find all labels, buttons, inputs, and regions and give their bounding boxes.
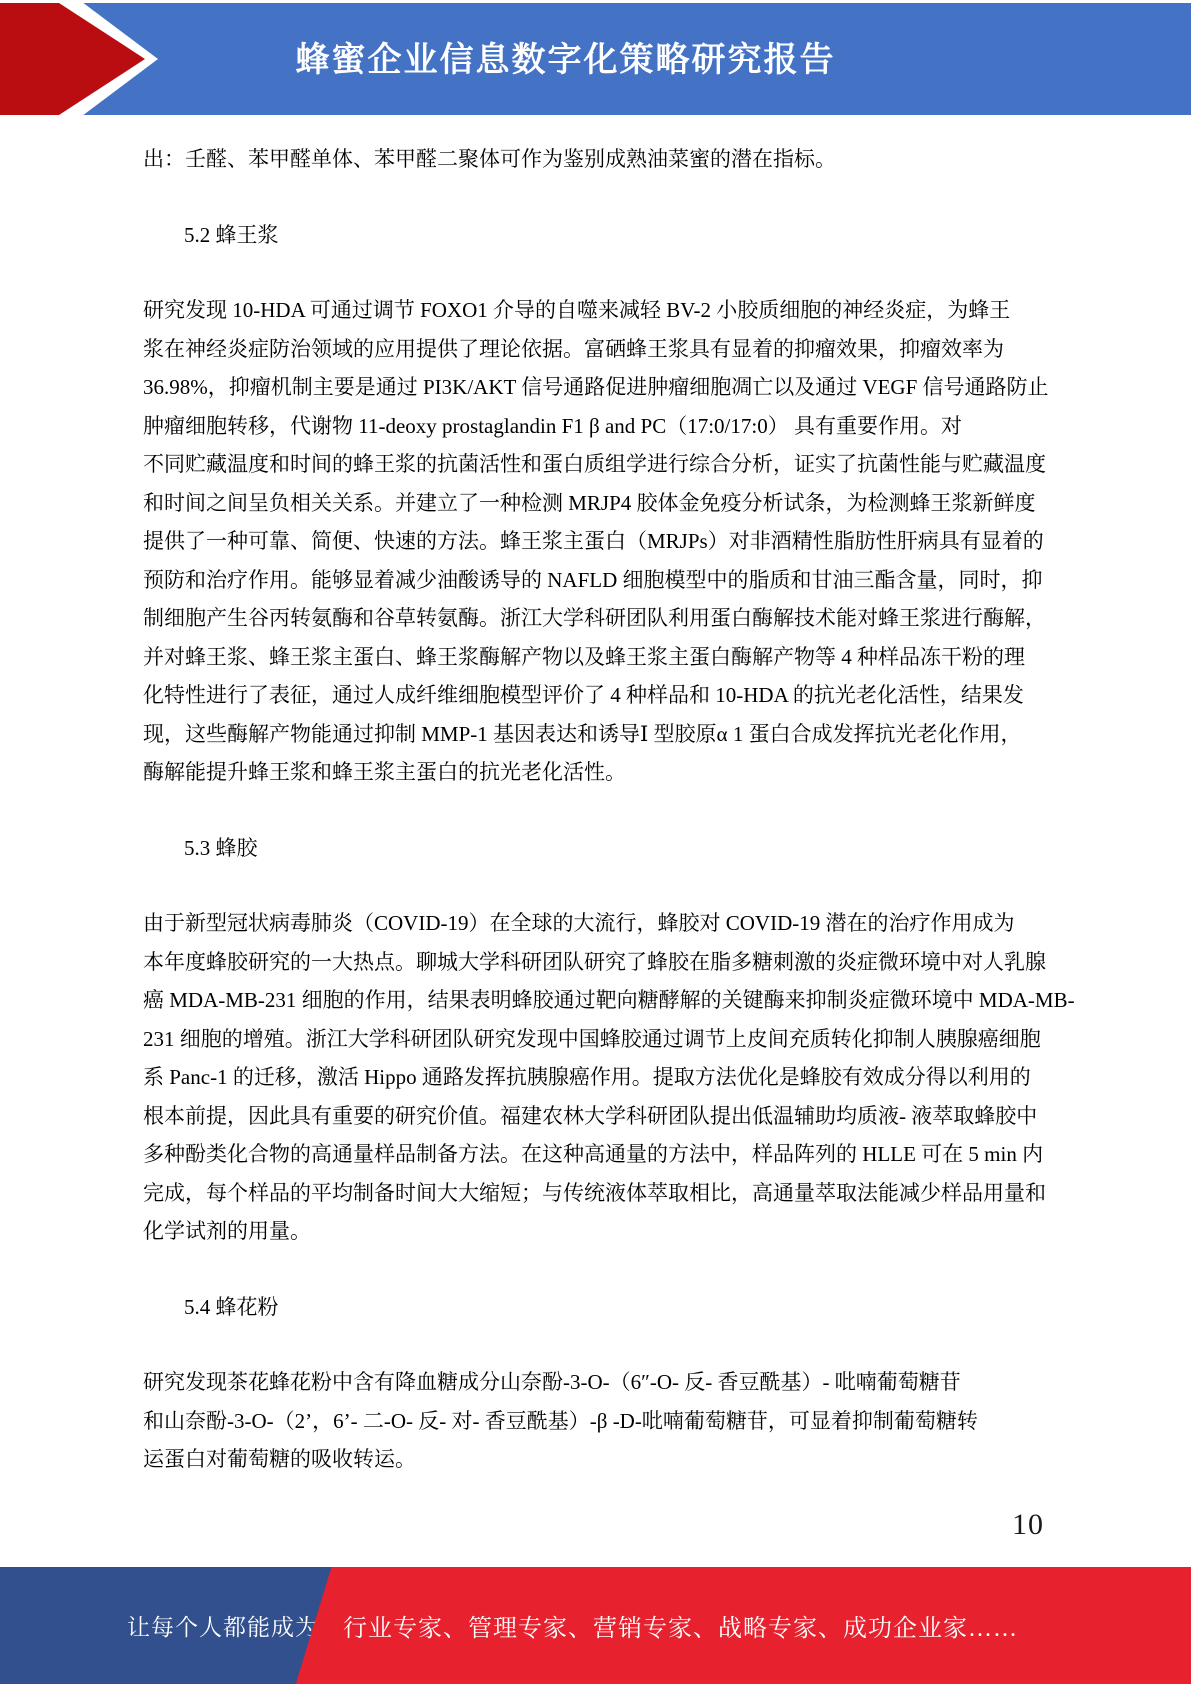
document-body: 出：壬醛、苯甲醛单体、苯甲醛二聚体可作为鉴别成熟油菜蜜的潜在指标。 5.2 蜂王… bbox=[143, 140, 1088, 1479]
section-5-3: 5.3 蜂胶 由于新型冠状病毒肺炎（COVID-19）在全球的大流行，蜂胶对 C… bbox=[143, 829, 1088, 1251]
paragraph-line: 根本前提，因此具有重要的研究价值。福建农林大学科研团队提出低温辅助均质液- 液萃… bbox=[143, 1097, 1088, 1136]
footer-blue-band: 让每个人都能成为 bbox=[0, 1567, 340, 1684]
red-arrow-icon bbox=[0, 3, 180, 115]
paragraph-line: 化学试剂的用量。 bbox=[143, 1212, 1088, 1251]
paragraph-line: 231 细胞的增殖。浙江大学科研团队研究发现中国蜂胶通过调节上皮间充质转化抑制人… bbox=[143, 1020, 1088, 1059]
paragraph-line: 制细胞产生谷丙转氨酶和谷草转氨酶。浙江大学科研团队利用蛋白酶解技术能对蜂王浆进行… bbox=[143, 599, 1088, 638]
section-5-4-paragraph: 研究发现茶花蜂花粉中含有降血糖成分山奈酚-3-O-（6″-O- 反- 香豆酰基）… bbox=[143, 1363, 1088, 1479]
report-title: 蜂蜜企业信息数字化策略研究报告 bbox=[296, 32, 836, 81]
paragraph-line: 酶解能提升蜂王浆和蜂王浆主蛋白的抗光老化活性。 bbox=[143, 753, 1088, 792]
paragraph-line: 浆在神经炎症防治领域的应用提供了理论依据。富硒蜂王浆具有显着的抑瘤效果，抑瘤效率… bbox=[143, 330, 1088, 369]
paragraph-line: 研究发现茶花蜂花粉中含有降血糖成分山奈酚-3-O-（6″-O- 反- 香豆酰基）… bbox=[143, 1363, 1088, 1402]
paragraph-line: 和时间之间呈负相关关系。并建立了一种检测 MRJP4 胶体金免疫分析试条，为检测… bbox=[143, 484, 1088, 523]
page-number: 10 bbox=[1012, 1508, 1044, 1542]
paragraph-line: 本年度蜂胶研究的一大热点。聊城大学科研团队研究了蜂胶在脂多糖刺激的炎症微环境中对… bbox=[143, 943, 1088, 982]
paragraph-line: 肿瘤细胞转移，代谢物 11-deoxy prostaglandin F1 β a… bbox=[143, 407, 1088, 446]
section-5-2-paragraph: 研究发现 10-HDA 可通过调节 FOXO1 介导的自噬来减轻 BV-2 小胶… bbox=[143, 291, 1088, 792]
paragraph-line: 和山奈酚-3-O-（2’，6’- 二-O- 反- 对- 香豆酰基）-β -D-吡… bbox=[143, 1402, 1088, 1441]
paragraph-line: 提供了一种可靠、简便、快速的方法。蜂王浆主蛋白（MRJPs）对非酒精性脂肪性肝病… bbox=[143, 522, 1088, 561]
paragraph-line: 运蛋白对葡萄糖的吸收转运。 bbox=[143, 1440, 1088, 1479]
section-5-2: 5.2 蜂王浆 研究发现 10-HDA 可通过调节 FOXO1 介导的自噬来减轻… bbox=[143, 216, 1088, 792]
intro-line: 出：壬醛、苯甲醛单体、苯甲醛二聚体可作为鉴别成熟油菜蜜的潜在指标。 bbox=[143, 140, 1088, 179]
section-5-3-heading: 5.3 蜂胶 bbox=[143, 829, 1088, 868]
report-header-banner: 蜂蜜企业信息数字化策略研究报告 bbox=[0, 3, 1191, 115]
section-5-4: 5.4 蜂花粉 研究发现茶花蜂花粉中含有降血糖成分山奈酚-3-O-（6″-O- … bbox=[143, 1288, 1088, 1479]
paragraph-line: 系 Panc-1 的迁移，激活 Hippo 通路发挥抗胰腺癌作用。提取方法优化是… bbox=[143, 1058, 1088, 1097]
section-5-2-heading: 5.2 蜂王浆 bbox=[143, 216, 1088, 255]
footer-right-text: 行业专家、管理专家、营销专家、战略专家、成功企业家…… bbox=[343, 1608, 1018, 1643]
footer-banner: 行业专家、管理专家、营销专家、战略专家、成功企业家…… 让每个人都能成为 bbox=[0, 1567, 1191, 1684]
paragraph-line: 癌 MDA-MB-231 细胞的作用，结果表明蜂胶通过靶向糖酵解的关键酶来抑制炎… bbox=[143, 981, 1088, 1020]
paragraph-line: 化特性进行了表征，通过人成纤维细胞模型评价了 4 种样品和 10-HDA 的抗光… bbox=[143, 676, 1088, 715]
document-page: 蜂蜜企业信息数字化策略研究报告 出：壬醛、苯甲醛单体、苯甲醛二聚体可作为鉴别成熟… bbox=[0, 0, 1191, 1684]
paragraph-line: 多种酚类化合物的高通量样品制备方法。在这种高通量的方法中，样品阵列的 HLLE … bbox=[143, 1135, 1088, 1174]
footer-left-text: 让每个人都能成为 bbox=[127, 1609, 319, 1642]
paragraph-line: 并对蜂王浆、蜂王浆主蛋白、蜂王浆酶解产物以及蜂王浆主蛋白酶解产物等 4 种样品冻… bbox=[143, 638, 1088, 677]
paragraph-line: 现，这些酶解产物能通过抑制 MMP-1 基因表达和诱导Ⅰ 型胶原α 1 蛋白合成… bbox=[143, 715, 1088, 754]
paragraph-line: 不同贮藏温度和时间的蜂王浆的抗菌活性和蛋白质组学进行综合分析，证实了抗菌性能与贮… bbox=[143, 445, 1088, 484]
paragraph-line: 预防和治疗作用。能够显着减少油酸诱导的 NAFLD 细胞模型中的脂质和甘油三酯含… bbox=[143, 561, 1088, 600]
section-5-3-paragraph: 由于新型冠状病毒肺炎（COVID-19）在全球的大流行，蜂胶对 COVID-19… bbox=[143, 904, 1088, 1251]
paragraph-line: 研究发现 10-HDA 可通过调节 FOXO1 介导的自噬来减轻 BV-2 小胶… bbox=[143, 291, 1088, 330]
footer-red-band: 行业专家、管理专家、营销专家、战略专家、成功企业家…… bbox=[343, 1567, 1018, 1684]
paragraph-line: 由于新型冠状病毒肺炎（COVID-19）在全球的大流行，蜂胶对 COVID-19… bbox=[143, 904, 1088, 943]
paragraph-line: 36.98%，抑瘤机制主要是通过 PI3K/AKT 信号通路促进肿瘤细胞凋亡以及… bbox=[143, 368, 1088, 407]
section-5-4-heading: 5.4 蜂花粉 bbox=[143, 1288, 1088, 1327]
paragraph-line: 完成，每个样品的平均制备时间大大缩短；与传统液体萃取相比，高通量萃取法能减少样品… bbox=[143, 1174, 1088, 1213]
